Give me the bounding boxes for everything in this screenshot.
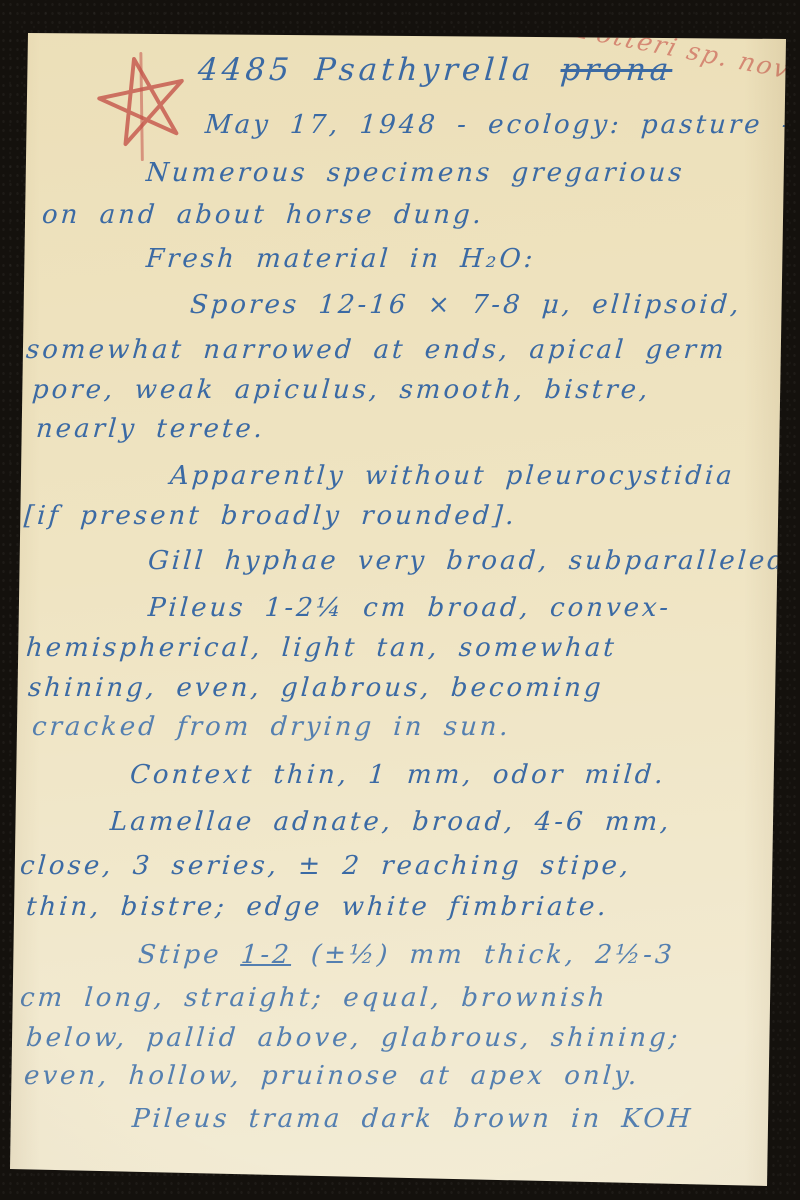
- struck-species-name: prona: [559, 52, 673, 88]
- note-line: cm long, straight; equal, brownish: [19, 983, 609, 1013]
- specimen-number-and-genus: 4485 Psathyrella: [197, 52, 536, 88]
- note-line: on and about horse dung.: [41, 200, 485, 230]
- note-line: below, pallid above, glabrous, shining;: [25, 1023, 682, 1053]
- note-line: cracked from drying in sun.: [31, 712, 512, 742]
- note-line: shining, even, glabrous, becoming: [27, 673, 605, 703]
- note-line-lamellae: Lamellae adnate, broad, 4-6 mm,: [109, 807, 673, 837]
- note-line: nearly terete.: [35, 414, 266, 444]
- note-line-stipe: Stipe 1-2 (±½) mm thick, 2½-3: [137, 940, 676, 970]
- note-line-context: Context thin, 1 mm, odor mild.: [129, 760, 667, 790]
- note-line: pore, weak apiculus, smooth, bistre,: [31, 375, 651, 405]
- specimen-title: 4485 Psathyrellaprona: [197, 52, 674, 88]
- note-line: thin, bistre; edge white fimbriate.: [25, 892, 610, 922]
- note-line: close, 3 series, ± 2 reaching stipe,: [19, 851, 632, 881]
- note-line-gills: Gill hyphae very broad, subparalleled.: [147, 546, 799, 576]
- note-line: Numerous specimens gregarious: [145, 158, 686, 188]
- note-line: somewhat narrowed at ends, apical germ: [25, 335, 728, 365]
- note-line: even, hollow, pruinose at apex only.: [23, 1061, 641, 1091]
- index-card: Potteri sp. nov. 4485 Psathyrellaprona M…: [0, 0, 800, 1200]
- note-line: hemispherical, light tan, somewhat: [25, 633, 618, 663]
- photo-background: Potteri sp. nov. 4485 Psathyrellaprona M…: [0, 0, 800, 1200]
- note-line-pileus: Pileus 1-2¼ cm broad, convex-: [147, 593, 672, 623]
- red-star-icon: [79, 38, 209, 174]
- note-line: Fresh material in H₂O:: [145, 244, 537, 274]
- stipe-text-rest: (±½) mm thick, 2½-3: [291, 940, 676, 970]
- note-line: [if present broadly rounded].: [23, 501, 518, 531]
- note-line-spores: Spores 12-16 × 7-8 μ, ellipsoid,: [189, 290, 743, 320]
- note-line-date: May 17, 1948 - ecology: pasture - V.P.: [204, 110, 800, 140]
- note-line: Apparently without pleurocystidia: [169, 461, 736, 491]
- stipe-text: Stipe: [137, 940, 242, 970]
- note-line-koh: Pileus trama dark brown in KOH: [131, 1104, 694, 1134]
- stipe-thickness-underlined: 1-2: [240, 940, 293, 970]
